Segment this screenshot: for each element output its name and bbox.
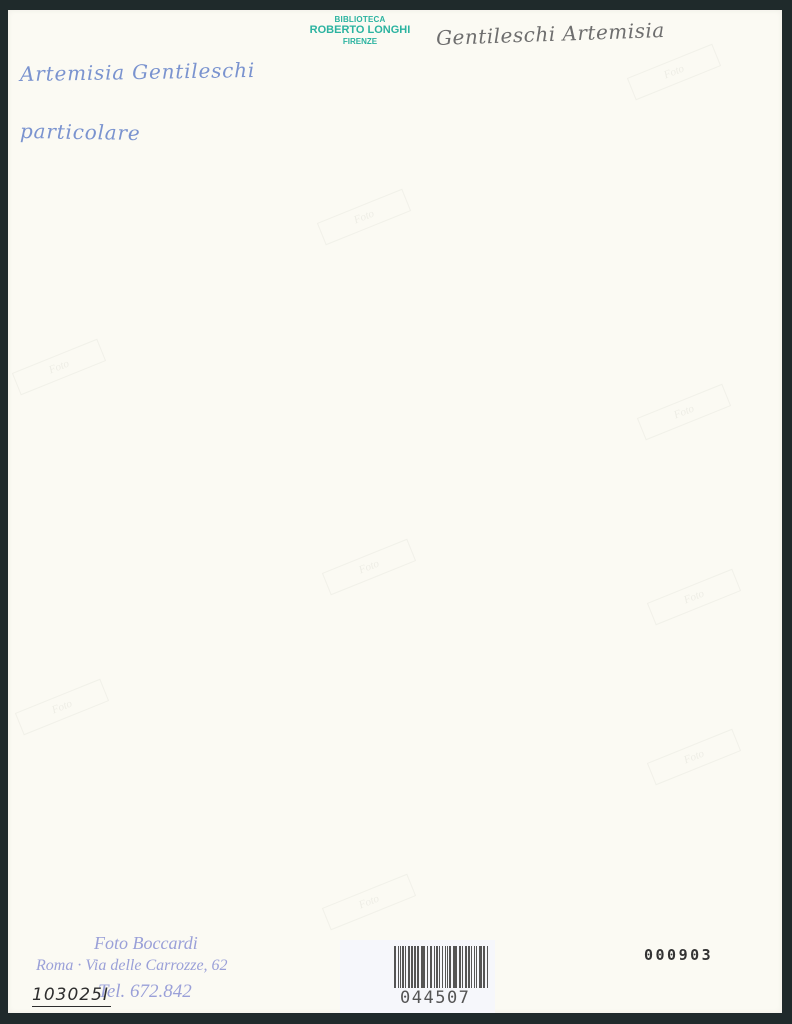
inventory-number: 103025I	[32, 985, 111, 1007]
handwritten-note-artist: Artemisia Gentileschi	[20, 58, 255, 86]
embossed-watermark: Foto	[322, 874, 416, 931]
library-stamp: BIBLIOTECA ROBERTO LONGHI FIRENZE	[295, 15, 425, 46]
embossed-watermark: Foto	[647, 569, 741, 626]
embossed-watermark: Foto	[637, 384, 731, 441]
barcode-number: 044507	[400, 988, 470, 1008]
photographer-telephone: Tel. 672.842	[98, 981, 192, 1003]
embossed-watermark: Foto	[322, 539, 416, 596]
photo-verso-card: BIBLIOTECA ROBERTO LONGHI FIRENZE Gentil…	[8, 10, 782, 1013]
embossed-watermark: Foto	[317, 189, 411, 246]
embossed-watermark: Foto	[647, 729, 741, 786]
photographer-name: Foto Boccardi	[94, 933, 198, 954]
embossed-watermark: Foto	[15, 679, 109, 736]
handwritten-attribution: Gentileschi Artemisia	[436, 18, 665, 50]
library-stamp-line3: FIRENZE	[295, 37, 425, 46]
embossed-watermark: Foto	[12, 339, 106, 396]
handwritten-note-detail: particolare	[20, 119, 141, 145]
photographer-address: Roma · Via delle Carrozze, 62	[36, 957, 228, 975]
library-stamp-line1: BIBLIOTECA	[295, 15, 425, 24]
library-stamp-line2: ROBERTO LONGHI	[295, 24, 425, 37]
barcode-icon	[394, 946, 489, 988]
embossed-watermark: Foto	[627, 44, 721, 101]
barcode-label: 044507	[340, 940, 495, 1013]
serial-number: 000903	[644, 946, 713, 964]
